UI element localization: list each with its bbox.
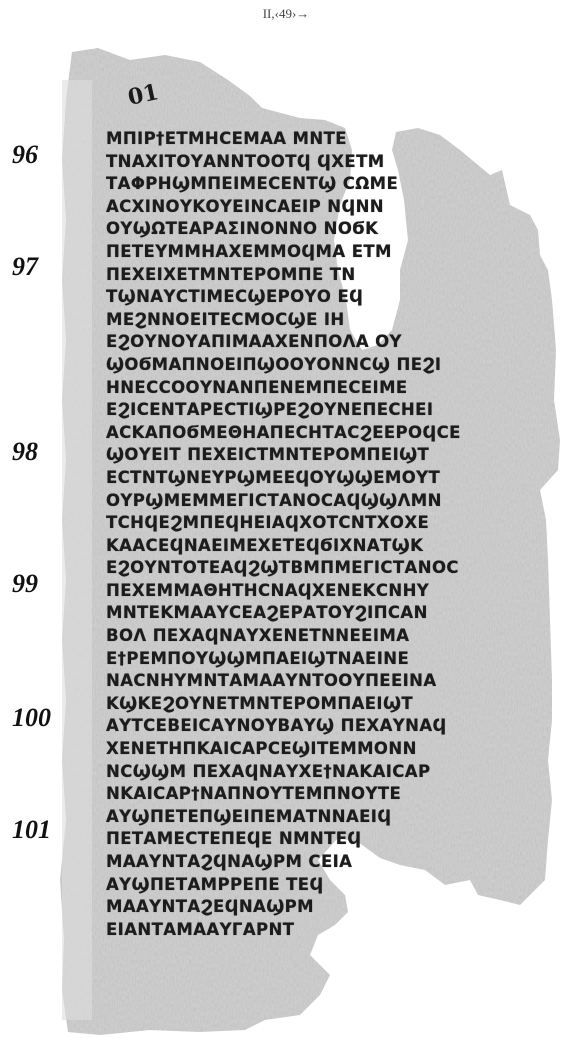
text-line: ΠΕΤΑΜΕϹΤΕΠΕϤΕ ΝΜΝΤΕϤ xyxy=(106,828,466,851)
text-line: ΚϢΚΕϨΟΥΝΕΤΜΝΤΕΡΟΜΠΑΕΙϢΤ xyxy=(106,693,466,716)
text-line: ΕϹΤΝΤϢΝΕΥΡϢΜΕΕϤΟΥϢϢΕΜΟΥΤ xyxy=(106,467,466,490)
logion-number-100: 100 xyxy=(12,703,51,733)
text-line: ΕϨΙϹΕΝΤΑΡΕϹΤΙϢΡΕϨΟΥΝΕΠΕϹΗΕΙ xyxy=(106,399,466,422)
text-line: ΑΥΤϹΕΒΕΙϹΑΥΝΟΥΒΑΥϢ ΠΕΧΑΥΝΑϤ xyxy=(106,715,466,738)
text-line: ΤΑΦΡΗϢΜΠΕΙΜΕϹΕΝΤϢ ϹΩΜΕ xyxy=(106,173,466,196)
text-line: ΝΑϹΝΗΥΜΝΤΑΜΑΑΥΝΤΟΟΥΠΕΕΙΝΑ xyxy=(106,670,466,693)
text-line: ΕϨΟΥΝΤΟΤΕΑϤϨϢΤΒΜΠΜΕΓΙϹΤΑΝΟϹ xyxy=(106,557,466,580)
text-line: ΗΝΕϹϹΟΟΥΝΑΝΠΕΝΕΜΠΕϹΕΙΜΕ xyxy=(106,377,466,400)
text-line: Ε†ΡΕΜΠΟΥϢϢΜΠΑΕΙϢΤΝΑΕΙΝΕ xyxy=(106,648,466,671)
text-line: ΤϹΗϤΕϨΜΠΕϤΗΕΙΑϤΧΟΤϹΝΤΧΟΧΕ xyxy=(106,512,466,535)
text-line: ΑΥϢΠΕΤΑΜΡΡΕΠΕ ΤΕϤ xyxy=(106,874,466,897)
coptic-text-column: ΜΠΙΡ†ΕΤΜΗϹΕΜΑΑ ΜΝΤΕ ΤΝΑΧΙΤΟΥΑΝΝΤΟΟΤϤ ϤΧΕ… xyxy=(106,128,466,941)
logion-number-99: 99 xyxy=(12,569,38,599)
text-line: ΠΕΧΕΜΜΑΘΗΤΗϹΝΑϤΧΕΝΕΚϹΝΗΥ xyxy=(106,580,466,603)
text-line: ΑΥϢΠΕΤΕΠϢΕΙΠΕΜΑΤΝΝΑΕΙϤ xyxy=(106,806,466,829)
text-line: ΧΕΝΕΤΗΠΚΑΙϹΑΡϹΕϢΙΤΕΜΜΟΝΝ xyxy=(106,738,466,761)
text-line: ΟΥΡϢΜΕΜΜΕΓΙϹΤΑΝΟϹΑϤϢϢΛΜΝ xyxy=(106,490,466,513)
text-line: ΝΚΑΙϹΑΡ†ΝΑΠΝΟΥΤΕΜΠΝΟΥΤΕ xyxy=(106,783,466,806)
text-line: ΝϹϢϢΜ ΠΕΧΑϤΝΑΥΧΕ†ΝΑΚΑΙϹΑΡ xyxy=(106,761,466,784)
text-line: ϢΟΥΕΙΤ ΠΕΧΕΙϹΤΜΝΤΕΡΟΜΠΕΙϢΤ xyxy=(106,444,466,467)
text-line: ΤΝΑΧΙΤΟΥΑΝΝΤΟΟΤϤ ϤΧΕΤΜ xyxy=(106,151,466,174)
text-line: ΕΙΑΝΤΑΜΑΑΥΓΑΡΝΤ xyxy=(106,919,466,942)
text-line: ΠΕΧΕΙΧΕΤΜΝΤΕΡΟΜΠΕ ΤΝ xyxy=(106,264,466,287)
text-line: ΜΑΑΥΝΤΑϨΕϤΝΑϢΡΜ xyxy=(106,896,466,919)
text-line: ΜΕϨΝΝΟΕΙΤΕϹΜΟϹϢΕ ΙΗ xyxy=(106,309,466,332)
text-line: ΒΟΛ ΠΕΧΑϤΝΑΥΧΕΝΕΤΝΝΕΕΙΜΑ xyxy=(106,625,466,648)
logion-number-98: 98 xyxy=(12,437,38,467)
text-line: ΑϹΧΙΝΟΥΚΟΥΕΙΝϹΑΕΙΡ ΝϤΝΝ xyxy=(106,196,466,219)
text-line: ΤϢΝΑΥϹΤΙΜΕϹϢΕΡΟΥΟ ΕϤ xyxy=(106,286,466,309)
text-line: ΜΝΤΕΚΜΑΑΥϹΕΑϨΕΡΑΤΟΥϨΙΠϹΑΝ xyxy=(106,602,466,625)
text-line: ΟΥϢΩΤΕΑΡΑΣΙΝΟΝΝΟ ΝΟϬΚ xyxy=(106,218,466,241)
logion-number-96: 96 xyxy=(12,140,38,170)
logion-number-101: 101 xyxy=(12,815,51,845)
logion-number-97: 97 xyxy=(12,252,38,282)
text-line: ΚΑΑϹΕϤΝΑΕΙΜΕΧΕΤΕϤϬΙΧΝΑΤϢΚ xyxy=(106,535,466,558)
text-line: ΕϨΟΥΝΟΥΑΠΙΜΑΑΧΕΝΠΟΛΑ ΟΥ xyxy=(106,331,466,354)
text-line: ΜΠΙΡ†ΕΤΜΗϹΕΜΑΑ ΜΝΤΕ xyxy=(106,128,466,151)
text-line: ϢΟϬΜΑΠΝΟΕΙΠϢΟΟΥΟΝΝϹϢ ΠΕϨΙ xyxy=(106,354,466,377)
text-line: ΠΕΤΕΥΜΜΗΑΧΕΜΜΟϤΜΑ ΕΤΜ xyxy=(106,241,466,264)
text-line: ΜΑΑΥΝΤΑϨϤΝΑϢΡΜ ϹΕΙΑ xyxy=(106,851,466,874)
text-line: ΑϹΚΑΠΟϬΜΕΘΗΑΠΕϹΗΤΑϹϨΕΕΡΟϤϹΕ xyxy=(106,422,466,445)
